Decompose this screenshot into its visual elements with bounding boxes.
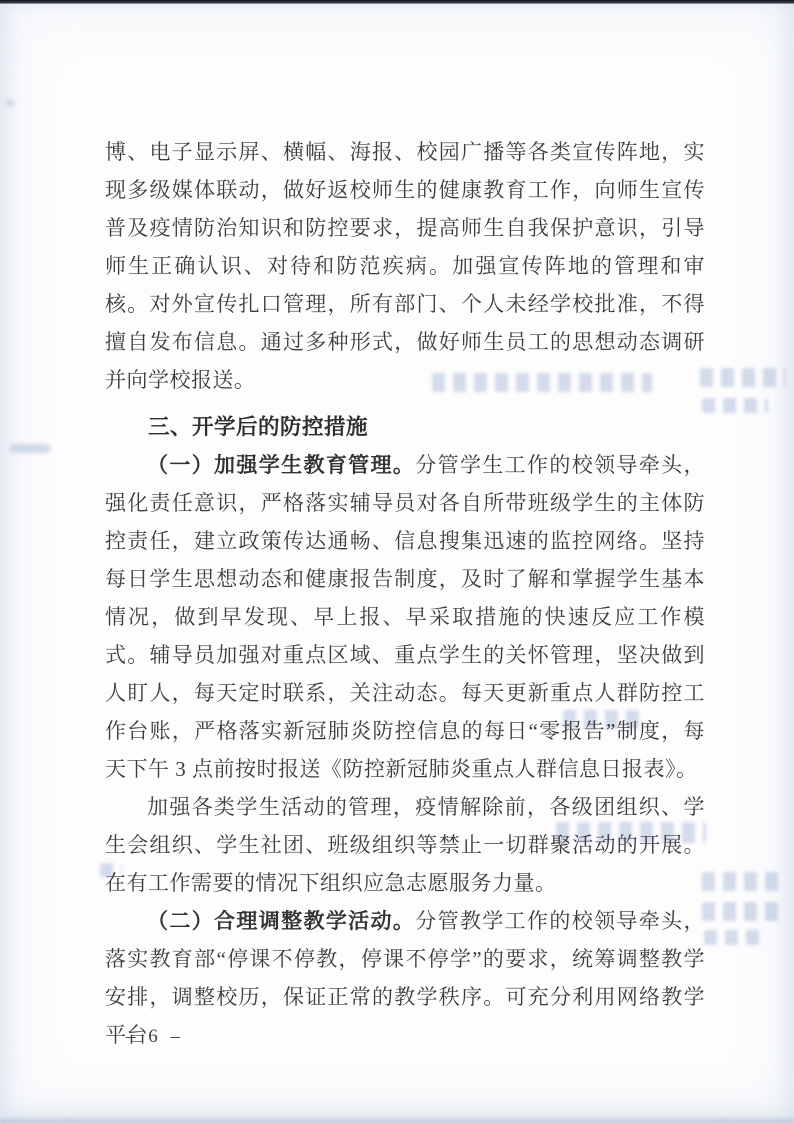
item2-lead: （二）合理调整教学活动。 [147,909,415,933]
item1-text: 分管学生工作的校领导牵头，强化责任意识，严格落实辅导员对各自所带班级学生的主体防… [105,453,705,781]
scan-smudge [6,100,14,106]
bleed-through-artifact [702,872,782,891]
paragraph-continuation: 博、电子显示屏、横幅、海报、校园广播等各类宣传阵地，实现多级媒体联动，做好返校师… [105,133,705,399]
scan-top-edge [0,0,794,4]
bleed-through-artifact [700,368,786,387]
paragraph-item1: （一）加强学生教育管理。分管学生工作的校领导牵头，强化责任意识，严格落实辅导员对… [105,446,705,788]
section-heading: 三、开学后的防控措施 [105,408,705,446]
page-number: – 6 – [126,1026,184,1048]
bleed-through-artifact [704,930,762,945]
item1-lead: （一）加强学生教育管理。 [147,453,415,477]
document-body: 博、电子显示屏、横幅、海报、校园广播等各类宣传阵地，实现多级媒体联动，做好返校师… [105,133,705,1054]
scanned-document-page: 博、电子显示屏、横幅、海报、校园广播等各类宣传阵地，实现多级媒体联动，做好返校师… [0,0,794,1123]
paragraph-activities: 加强各类学生活动的管理，疫情解除前，各级团组织、学生会组织、学生社团、班级组织等… [105,788,705,902]
scan-bottom-edge [0,1116,794,1123]
scan-smudge [10,444,50,453]
paragraph-item2: （二）合理调整教学活动。分管教学工作的校领导牵头，落实教育部“停课不停教，停课不… [105,902,705,1054]
bleed-through-artifact [702,398,768,413]
bleed-through-artifact [702,902,782,921]
